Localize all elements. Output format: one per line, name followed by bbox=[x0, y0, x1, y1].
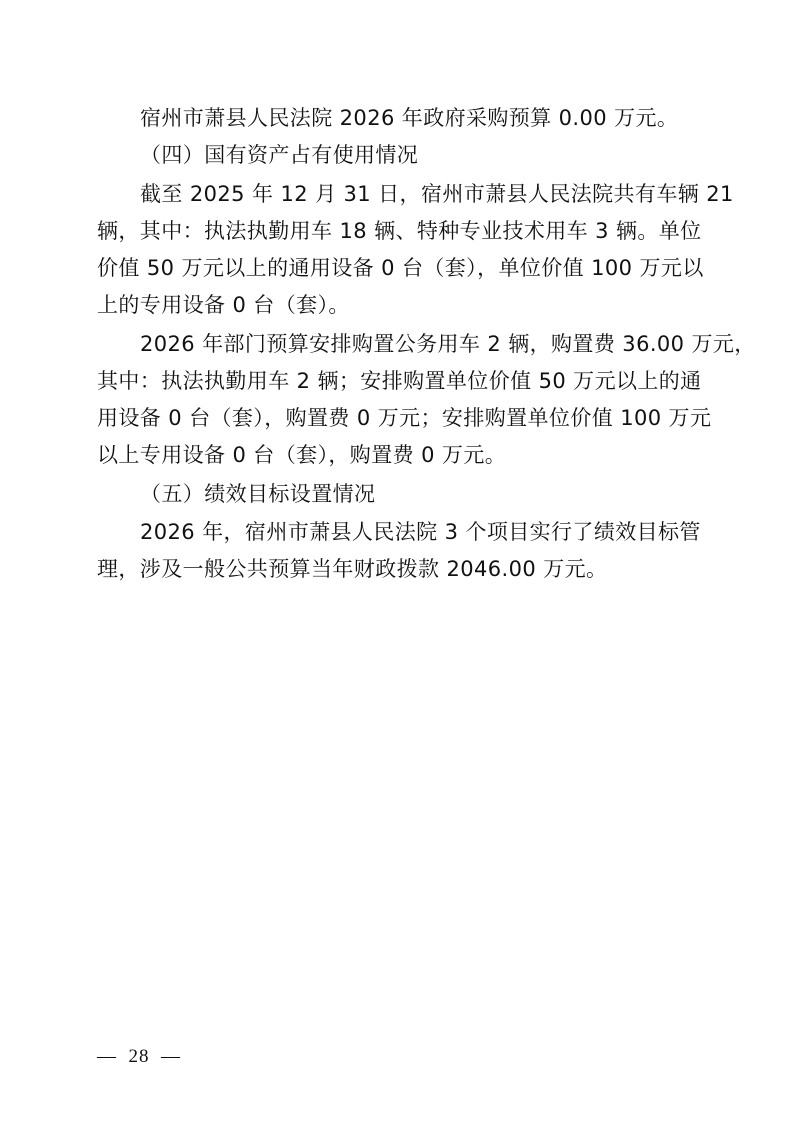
assets-paragraph-line-1: 截至 2025 年 12 月 31 日，宿州市萧县人民法院共有车辆 21 bbox=[140, 176, 689, 213]
vehicle-purchase-paragraph-line-2: 其中：执法执勤用车 2 辆；安排购置单位价值 50 万元以上的通 bbox=[97, 363, 689, 400]
vehicle-purchase-paragraph-line-3: 用设备 0 台（套），购置费 0 万元；安排购置单位价值 100 万元 bbox=[97, 400, 689, 437]
performance-paragraph-line-1: 2026 年，宿州市萧县人民法院 3 个项目实行了绩效目标管 bbox=[140, 514, 689, 551]
section-heading-performance-goals: （五）绩效目标设置情况 bbox=[140, 476, 375, 513]
vehicle-purchase-paragraph-line-4: 以上专用设备 0 台（套），购置费 0 万元。 bbox=[97, 437, 506, 474]
assets-paragraph-line-3: 价值 50 万元以上的通用设备 0 台（套），单位价值 100 万元以 bbox=[97, 250, 689, 287]
section-heading-state-assets: （四）国有资产占有使用情况 bbox=[140, 137, 418, 174]
vehicle-purchase-paragraph-line-1: 2026 年部门预算安排购置公务用车 2 辆，购置费 36.00 万元， bbox=[140, 326, 689, 363]
assets-paragraph-line-2: 辆，其中：执法执勤用车 18 辆、特种专业技术用车 3 辆。单位 bbox=[97, 213, 689, 250]
procurement-budget-line: 宿州市萧县人民法院 2026 年政府采购预算 0.00 万元。 bbox=[140, 100, 678, 137]
assets-paragraph-line-4: 上的专用设备 0 台（套）。 bbox=[97, 287, 350, 324]
performance-paragraph-line-2: 理，涉及一般公共预算当年财政拨款 2046.00 万元。 bbox=[97, 551, 607, 588]
page-number: — 28 — bbox=[97, 1046, 181, 1068]
